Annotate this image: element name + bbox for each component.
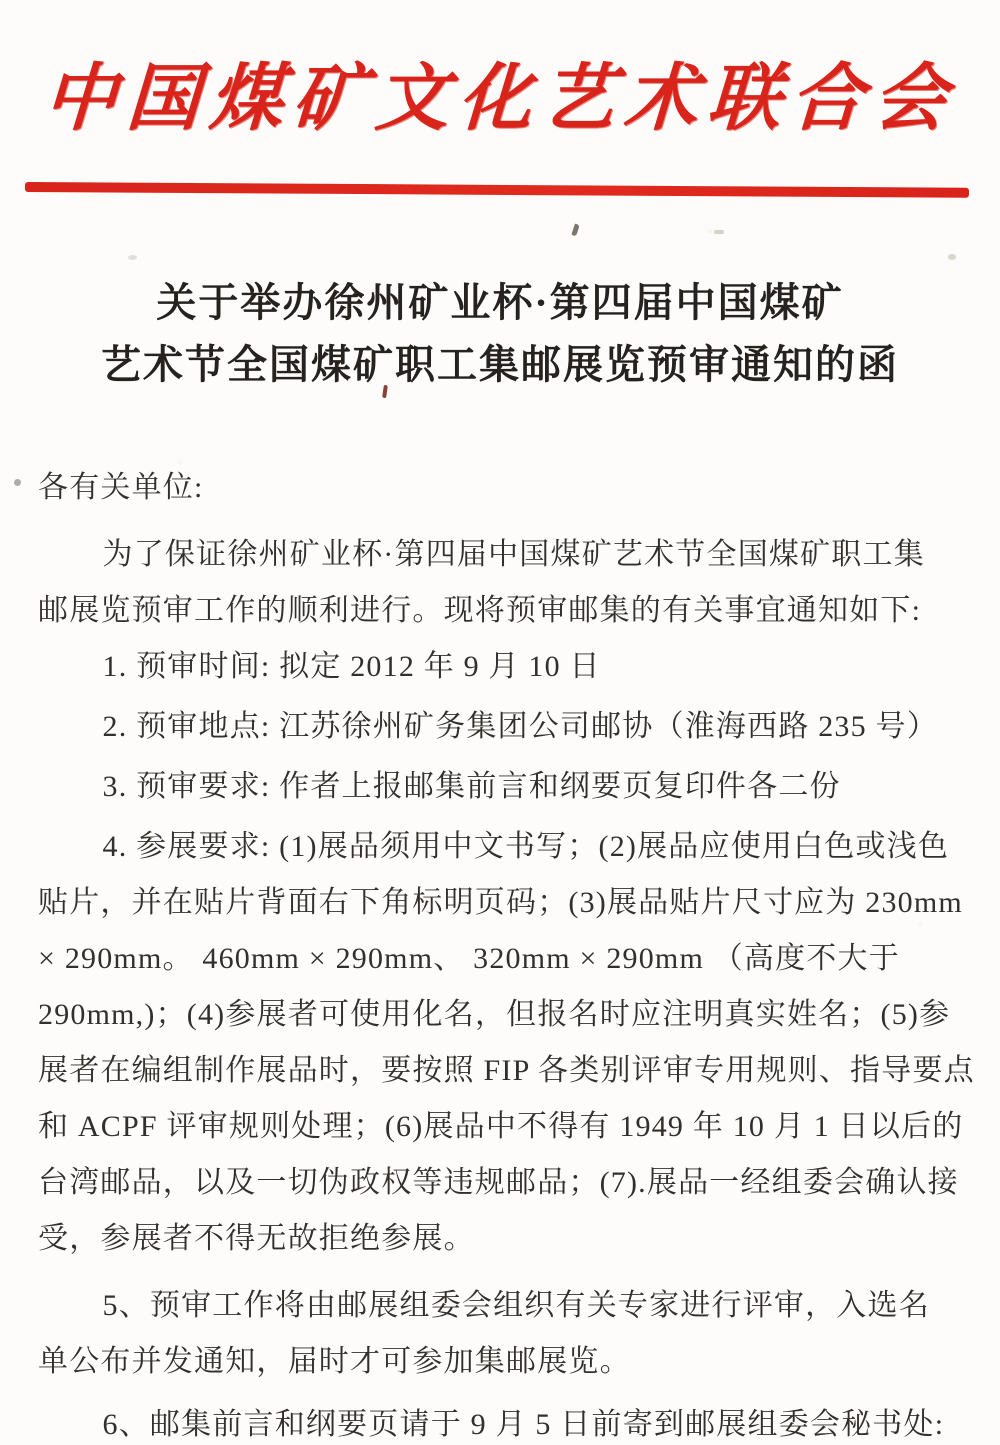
body-line: 为了保证徐州矿业杯·第四届中国煤矿艺术节全国煤矿职工集: [38, 527, 970, 583]
scan-speck: [714, 230, 724, 234]
body-line: 290mm,)；(4)参展者可使用化名，但报名时应注明真实姓名；(5)参: [38, 987, 970, 1043]
document-title: 关于举办徐州矿业杯·第四届中国煤矿 艺术节全国煤矿职工集邮展览预审通知的函: [0, 272, 1000, 396]
document-title-line2: 艺术节全国煤矿职工集邮展览预审通知的函: [0, 334, 1000, 396]
scanned-letter-page: 中国煤矿文化艺术联合会 关于举办徐州矿业杯·第四届中国煤矿 艺术节全国煤矿职工集…: [0, 0, 1000, 1445]
letterhead-org-name: 中国煤矿文化艺术联合会: [27, 46, 973, 152]
letterhead-divider-rule: [25, 182, 969, 198]
body-line: 邮展览预审工作的顺利进行。现将预审邮集的有关事宜通知如下:: [38, 583, 970, 639]
body-line: 6、邮集前言和纲要页请于 9 月 5 日前寄到邮展组委会秘书处:: [38, 1397, 970, 1445]
body-line: 展者在编组制作展品时，要按照 FIP 各类别评审专用规则、指导要点: [38, 1043, 970, 1099]
body-line: 4. 参展要求: (1)展品须用中文书写；(2)展品应使用白色或浅色: [38, 819, 970, 875]
body-line: 台湾邮品，以及一切伪政权等违规邮品；(7).展品一经组委会确认接: [38, 1155, 970, 1211]
body-line: 2. 预审地点: 江苏徐州矿务集团公司邮协（淮海西路 235 号）: [38, 699, 970, 755]
document-title-line1: 关于举办徐州矿业杯·第四届中国煤矿: [0, 272, 1000, 334]
body-line: 1. 预审时间: 拟定 2012 年 9 月 10 日: [38, 639, 970, 695]
body-line: 单公布并发通知，届时才可参加集邮展览。: [38, 1334, 970, 1390]
document-body: 各有关单位:为了保证徐州矿业杯·第四届中国煤矿艺术节全国煤矿职工集邮展览预审工作…: [0, 460, 1000, 1445]
scan-speck: [128, 255, 137, 260]
body-line: 3. 预审要求: 作者上报邮集前言和纲要页复印件各二份: [38, 759, 970, 815]
scan-speck: [948, 254, 956, 260]
body-line: 5、预审工作将由邮展组委会组织有关专家进行评审，入选名: [38, 1278, 970, 1334]
body-line: 和 ACPF 评审规则处理；(6)展品中不得有 1949 年 10 月 1 日以…: [38, 1099, 970, 1155]
body-line: 各有关单位:: [38, 460, 970, 516]
body-line: × 290mm。 460mm × 290mm、 320mm × 290mm （高…: [38, 931, 970, 987]
body-line: 受，参展者不得无故拒绝参展。: [38, 1211, 970, 1267]
body-lines: 各有关单位:为了保证徐州矿业杯·第四届中国煤矿艺术节全国煤矿职工集邮展览预审工作…: [38, 460, 970, 1445]
scan-speck: [571, 224, 579, 237]
body-line: 贴片，并在贴片背面右下角标明页码；(3)展品贴片尺寸应为 230mm: [38, 875, 970, 931]
